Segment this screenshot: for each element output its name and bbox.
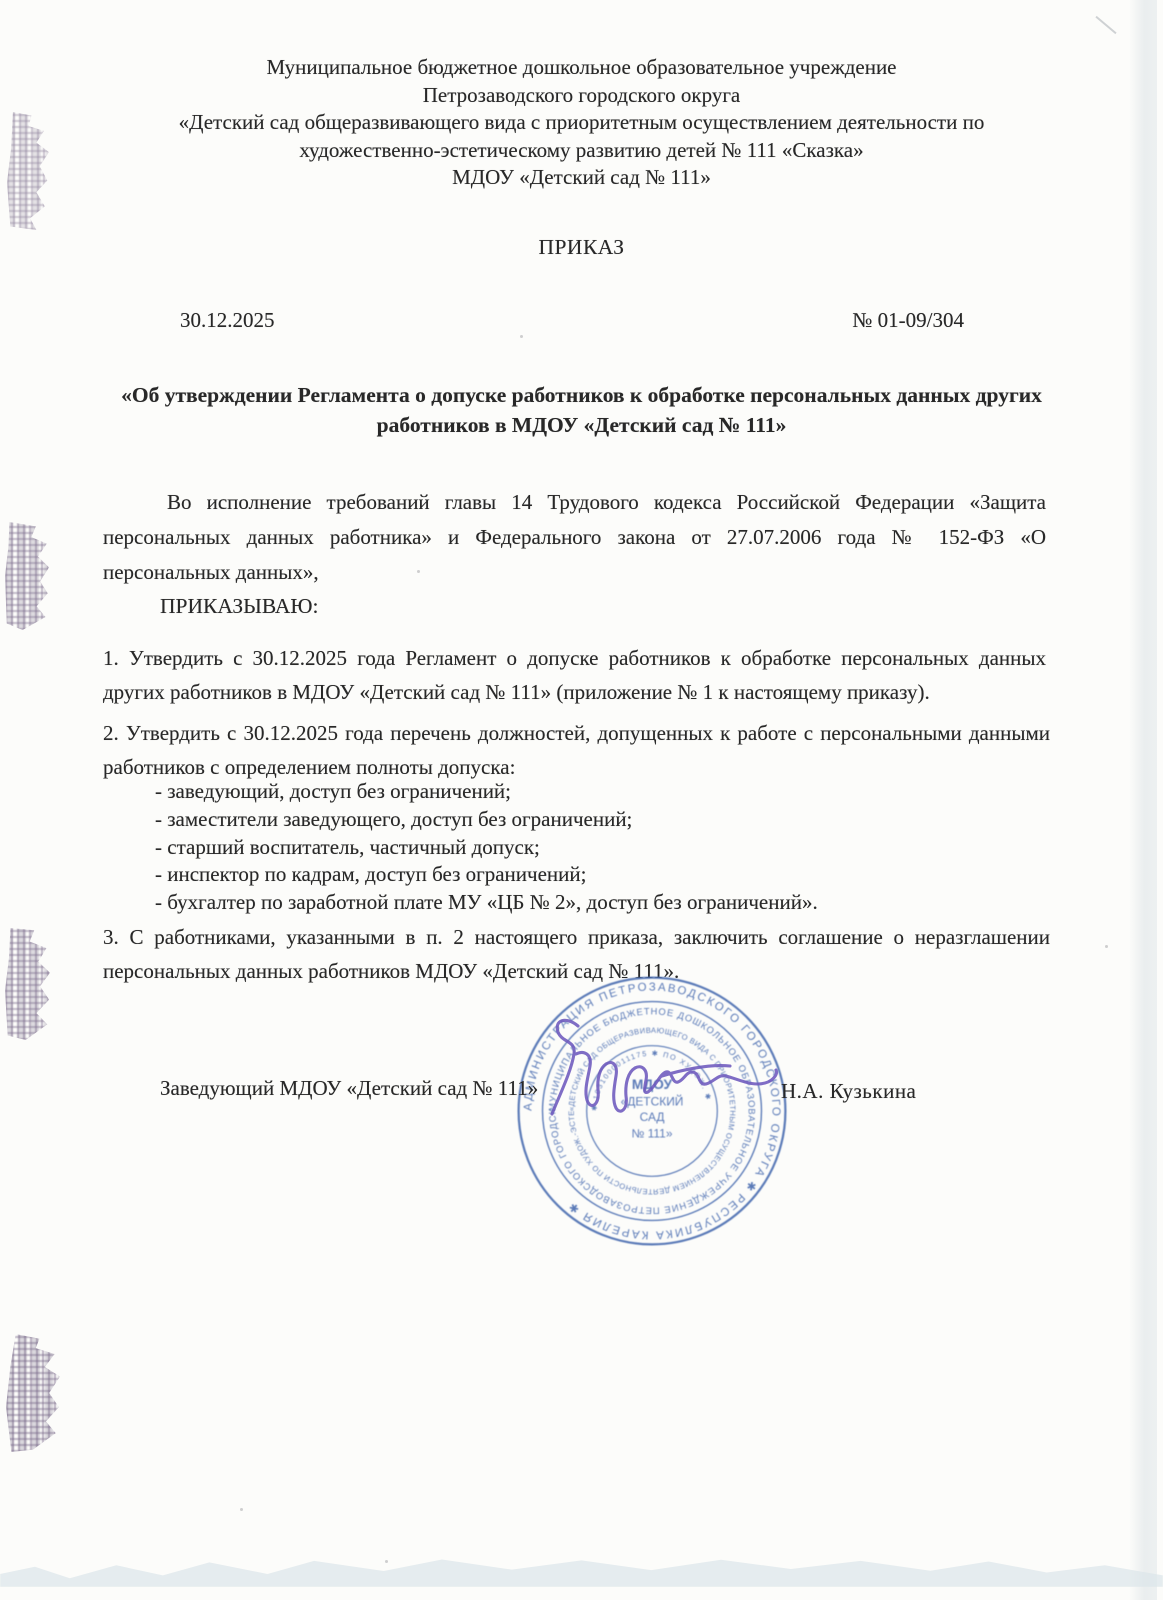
scan-speck — [385, 1560, 388, 1563]
org-header-line: МДОУ «Детский сад № 111» — [60, 164, 1103, 192]
resolution-word: ПРИКАЗЫВАЮ: — [160, 594, 318, 619]
list-item: - заведующий, доступ без ограничений; — [155, 778, 1046, 806]
order-item-2: 2. Утвердить с 30.12.2025 года перечень … — [103, 717, 1050, 784]
org-header: Муниципальное бюджетное дошкольное образ… — [60, 54, 1103, 192]
document-kind-title: ПРИКАЗ — [0, 235, 1163, 260]
org-header-line: «Детский сад общеразвивающего вида с при… — [60, 109, 1103, 137]
org-header-line: Муниципальное бюджетное дошкольное образ… — [60, 54, 1103, 82]
scan-speck — [417, 570, 420, 573]
list-item: - заместители заведующего, доступ без ог… — [155, 806, 1046, 834]
scan-bleedthrough-artifact — [7, 112, 49, 230]
access-positions-list: - заведующий, доступ без ограничений; - … — [155, 778, 1046, 917]
list-item: - бухгалтер по заработной плате МУ «ЦБ №… — [155, 889, 1046, 917]
signature-scribble — [532, 1012, 782, 1132]
signer-position-label: Заведующий МДОУ «Детский сад № 111» — [160, 1076, 538, 1101]
scan-corner-mark — [1095, 16, 1116, 34]
list-item: - старший воспитатель, частичный допуск; — [155, 834, 1046, 862]
scanned-order-document: Муниципальное бюджетное дошкольное образ… — [0, 0, 1163, 1600]
date-number-row: 30.12.2025 № 01-09/304 — [103, 308, 1046, 333]
signer-name: Н.А. Кузькина — [781, 1079, 916, 1104]
scan-speck — [520, 335, 523, 338]
scan-edge-shadow-right — [1129, 0, 1157, 1600]
scan-edge-shadow-bottom — [0, 1558, 1163, 1587]
scan-speck — [240, 1508, 243, 1511]
scan-bleedthrough-artifact — [5, 928, 50, 1040]
document-title: «Об утверждении Регламента о допуске раб… — [75, 381, 1088, 440]
scan-bleedthrough-artifact — [6, 1334, 60, 1452]
scan-speck — [1105, 945, 1108, 948]
scan-bleedthrough-artifact — [5, 522, 49, 630]
intro-paragraph: Во исполнение требований главы 14 Трудов… — [103, 485, 1046, 590]
list-item: - инспектор по кадрам, доступ без ограни… — [155, 861, 1046, 889]
document-number: № 01-09/304 — [852, 308, 1046, 333]
document-date: 30.12.2025 — [103, 308, 275, 333]
org-header-line: Петрозаводского городского округа — [60, 82, 1103, 110]
order-item-1: 1. Утвердить с 30.12.2025 года Регламент… — [103, 642, 1046, 709]
org-header-line: художественно-эстетическому развитию дет… — [60, 137, 1103, 165]
